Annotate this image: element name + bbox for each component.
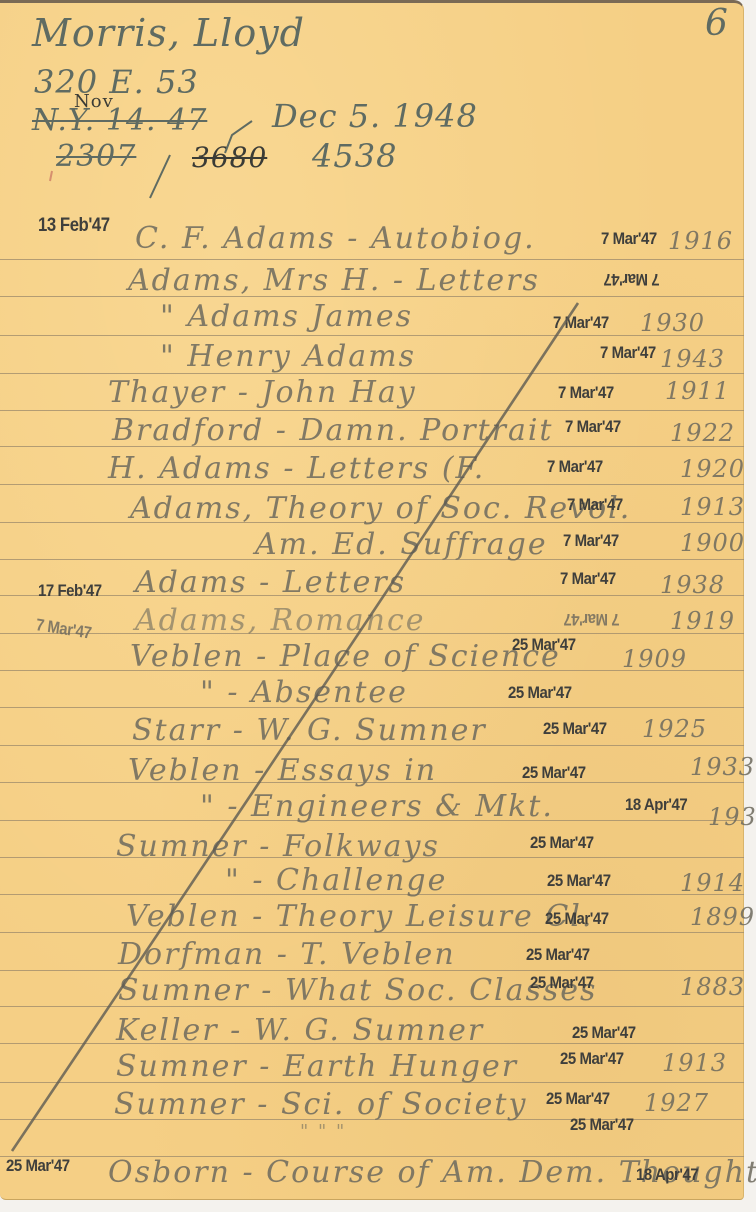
entry-year: 1900 (680, 529, 745, 557)
entry-year: 1914 (680, 869, 745, 897)
entry-year: 1933 (708, 803, 756, 831)
book-entry: Am. Ed. Suffrage (255, 527, 548, 562)
return-stamp: 25 Mar'47 (530, 833, 594, 853)
return-stamp: 7 Mar'47 (558, 383, 614, 403)
return-stamp: 25 Mar'47 (522, 763, 586, 783)
book-entry: " " " (300, 1121, 346, 1142)
book-entry: Sumner - Earth Hunger (116, 1049, 518, 1084)
return-stamp: 7 Mar'47 (601, 229, 657, 249)
entry-year: 1925 (642, 715, 707, 743)
book-entry: Adams - Letters (135, 565, 406, 600)
return-stamp: 7 Mar'47 (547, 457, 603, 477)
book-entry: Veblen - Place of Science (130, 639, 561, 674)
struck-number-2: 3680 (192, 141, 267, 174)
book-entry: Veblen - Essays in (128, 753, 437, 788)
book-entry: " Henry Adams (160, 339, 416, 374)
book-entry: Sumner - Folkways (116, 829, 440, 864)
ruled-line (0, 410, 744, 411)
entry-year: 1911 (665, 377, 730, 405)
return-stamp: 25 Mar'47 (543, 719, 607, 739)
return-stamp: 7 Mar'47 (564, 609, 620, 629)
return-stamp: 25 Mar'47 (547, 871, 611, 891)
entry-year: 1930 (640, 309, 705, 337)
borrower-name: Morris, Lloyd (32, 11, 305, 55)
return-stamp: 7 Mar'47 (604, 269, 660, 289)
book-entry: " - Absentee (200, 675, 408, 710)
return-stamp: 7 Mar'47 (565, 417, 621, 437)
return-stamp: 25 Mar'47 (545, 909, 609, 929)
return-stamp: 7 Mar'47 (600, 343, 656, 363)
book-entry: Sumner - What Soc. Classes (118, 973, 597, 1008)
entry-year: 1913 (680, 493, 745, 521)
return-stamp: 25 Mar'47 (512, 635, 576, 655)
return-stamp: 25 Mar'47 (570, 1115, 634, 1135)
struck-date: N.Y. 14. 47 (32, 103, 207, 138)
return-stamp: 25 Mar'47 (508, 683, 572, 703)
page-number: 6 (705, 3, 729, 44)
date-stamp-left: 13 Feb'47 (38, 215, 110, 237)
return-stamp: 25 Mar'47 (572, 1023, 636, 1043)
entry-year: 1883 (680, 973, 745, 1001)
return-stamp: 25 Mar'47 (526, 945, 590, 965)
book-entry: Sumner - Sci. of Society (114, 1087, 527, 1122)
return-stamp: 7 Mar'47 (560, 569, 616, 589)
date-stamp-left: 25 Mar'47 (6, 1156, 70, 1176)
library-borrower-card: Morris, Lloyd 6 320 E. 53 N.Y. 14. 47 No… (0, 0, 744, 1200)
entry-year: 1916 (668, 227, 733, 255)
book-entry: Adams, Romance (135, 603, 426, 638)
entry-year: 1938 (660, 571, 725, 599)
book-entry: H. Adams - Letters (F. (108, 451, 485, 486)
book-entry: " - Challenge (225, 863, 447, 898)
entry-year: 1899 (690, 903, 755, 931)
borrower-address: 320 E. 53 (34, 63, 199, 101)
card-number: 4538 (312, 137, 397, 175)
return-stamp: 18 Apr'47 (636, 1165, 698, 1185)
struck-number-1: 2307 (56, 139, 136, 174)
entry-year: 1943 (660, 345, 725, 373)
ruled-line (0, 259, 744, 260)
return-stamp: 7 Mar'47 (567, 495, 623, 515)
renewal-date: Dec 5. 1948 (272, 97, 478, 135)
ruled-line (0, 335, 744, 336)
date-stamp-left: 17 Feb'47 (38, 581, 102, 601)
book-entry: Thayer - John Hay (108, 375, 417, 410)
struck-date-correction: Nov (74, 91, 114, 112)
book-entry: Starr - W. G. Sumner (132, 713, 487, 748)
entry-year: 1933 (690, 753, 755, 781)
book-entry: Veblen - Theory Leisure Cl. (126, 899, 593, 934)
entry-year: 1919 (670, 607, 735, 635)
book-entry: Keller - W. G. Sumner (116, 1013, 484, 1048)
book-entry: " - Engineers & Mkt. (200, 789, 554, 824)
book-entry: " Adams James (160, 299, 413, 334)
book-entry: C. F. Adams - Autobiog. (135, 221, 536, 256)
return-stamp: 7 Mar'47 (553, 313, 609, 333)
return-stamp: 18 Apr'47 (625, 795, 687, 815)
return-stamp: 25 Mar'47 (530, 973, 594, 993)
return-stamp: 25 Mar'47 (546, 1089, 610, 1109)
entry-year: 1922 (670, 419, 735, 447)
return-stamp: 25 Mar'47 (560, 1049, 624, 1069)
book-entry: Bradford - Damn. Portrait (112, 413, 553, 448)
entry-year: 1909 (622, 645, 687, 673)
entry-year: 1927 (644, 1089, 709, 1117)
book-entry: Adams, Mrs H. - Letters (128, 263, 540, 298)
entry-year: 1913 (662, 1049, 727, 1077)
book-entry: Dorfman - T. Veblen (118, 937, 456, 972)
date-stamp-left: 7 Mar'47 (35, 615, 93, 644)
book-entry: Adams, Theory of Soc. Revol. (130, 491, 631, 526)
return-stamp: 7 Mar'47 (563, 531, 619, 551)
entry-year: 1920 (680, 455, 745, 483)
